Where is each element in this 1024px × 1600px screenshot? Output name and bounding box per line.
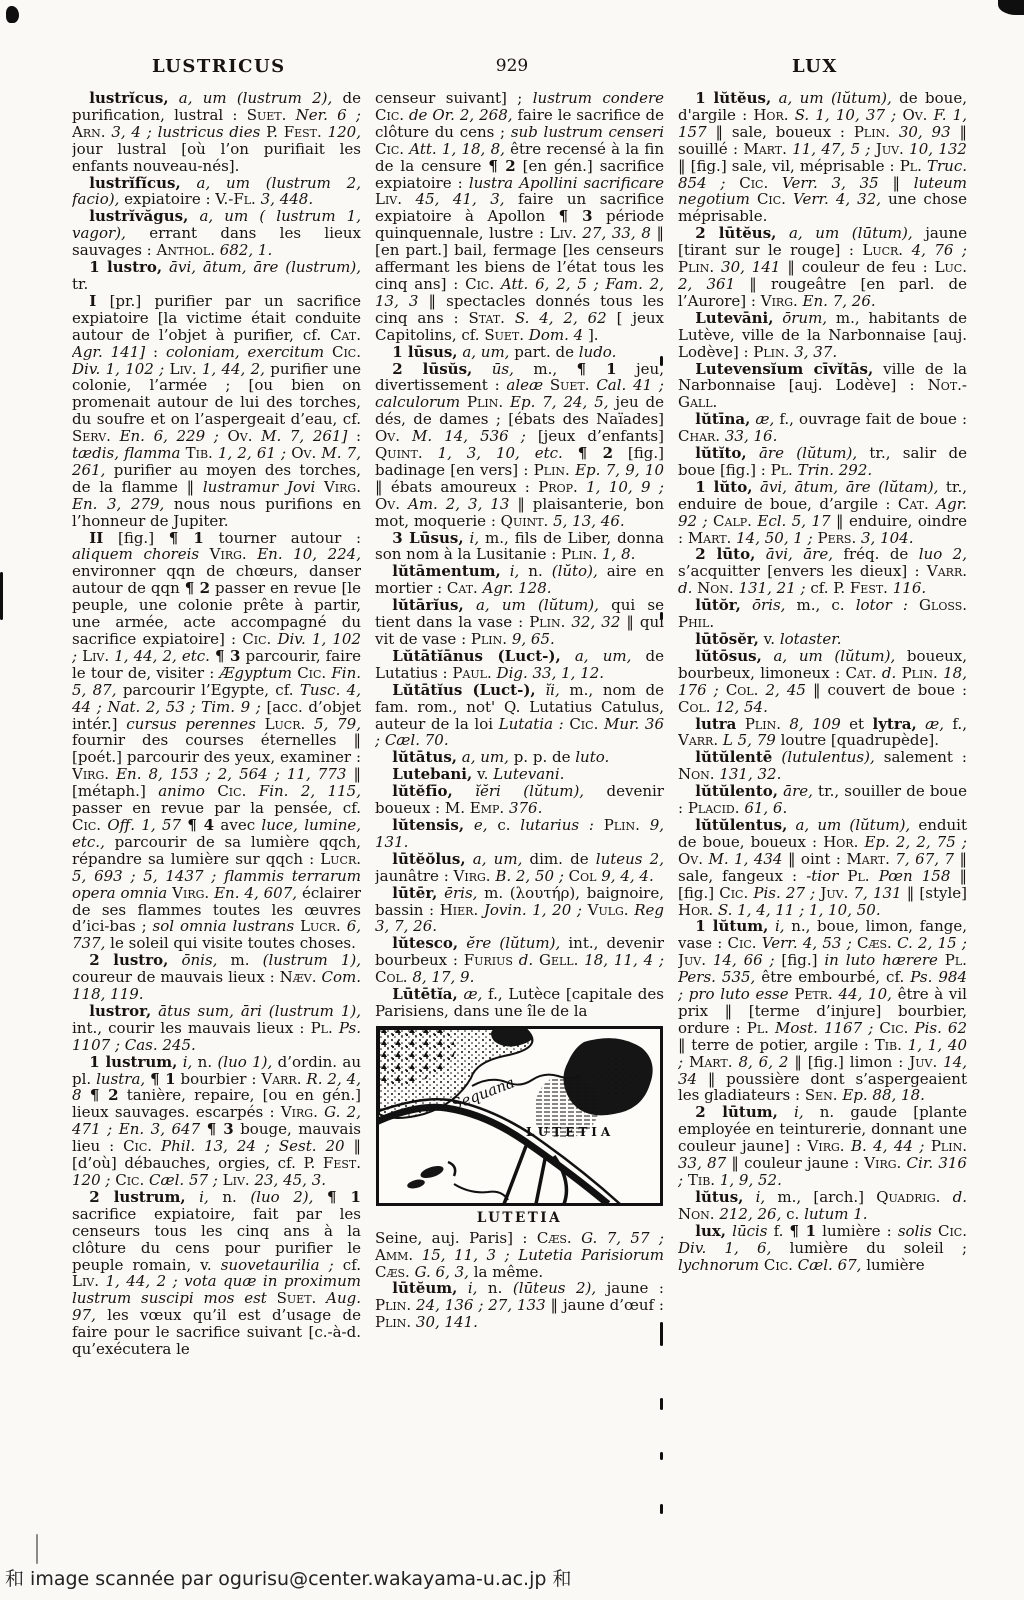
dictionary-entry: 2 lustro, ōnis, m. (lustrum 1), coureur … [72,952,361,1003]
dictionary-columns: lustrĭcus, a, um (lustrum 2), de purific… [72,90,967,1556]
lutetia-map-figure: Sequana LUTETIA LUTETIA [376,1026,663,1227]
column-2-bottom: Seine, auj. Paris] : Cæs. G. 7, 57 ; Amm… [375,1230,664,1331]
dictionary-entry: lustrĭfĭcus, a, um (lustrum 2, facio), e… [72,175,361,209]
dictionary-entry: I [pr.] purifier par un sacrifice expiat… [72,293,361,530]
dictionary-entry: Lutebani, v. Lutevani. [375,766,664,783]
dictionary-entry: lŭtensis, e, c. lutarius : Plin. 9, 131. [375,817,664,851]
scan-artifact [6,6,19,23]
dictionary-entry: 1 lŭtĕus, a, um (lŭtum), de boue, d'argi… [678,90,967,225]
dictionary-entry: lŭtōsus, a, um (lŭtum), boueux, bourbeux… [678,648,967,716]
dictionary-entry: 1 lustrum, i, n. (luo 1), d’ordin. au pl… [72,1054,361,1189]
dictionary-entry: 1 lūsus, a, um, part. de ludo. [375,344,664,361]
scan-artifact [998,0,1024,15]
column-1: lustrĭcus, a, um (lustrum 2), de purific… [72,90,361,1556]
dictionary-entry: lustrĭcus, a, um (lustrum 2), de purific… [72,90,361,175]
dictionary-entry: lūtēr, ēris, m. (λουτήρ), baignoire, bas… [375,885,664,936]
dictionary-entry: Lutevāni, ōrum, m., habitants de Lutève,… [678,310,967,361]
map-caption: LUTETIA [376,1210,663,1227]
dictionary-entry: lŭtŭlentus, a, um (lŭtum), enduit de bou… [678,817,967,918]
dictionary-entry: lŭtārĭus, a, um (lŭtum), qui se tient da… [375,597,664,648]
page-number: 929 [496,56,528,76]
guide-word-right: LUX [792,56,838,77]
scan-artifact [36,1534,38,1564]
dictionary-entry: lŭtŭlento, āre, tr., souiller de boue : … [678,783,967,817]
dictionary-entry: 3 Lūsus, i, m., fils de Liber, donna son… [375,530,664,564]
scanned-dictionary-page: LUSTRICUS 929 LUX lustrĭcus, a, um (lust… [0,0,1024,1600]
dictionary-entry: lŭtĕfīo, ĭĕri (lŭtum), devenir boueux : … [375,783,664,817]
dictionary-entry: 2 lūtĕus, a, um (lūtum), jaune [tirant s… [678,225,967,310]
dictionary-entry: lūtĕŏlus, a, um, dim. de luteus 2, jaunâ… [375,851,664,885]
dictionary-entry: lustrĭvăgus, a, um ( lustrum 1, vagor), … [72,208,361,259]
column-2-top: censeur suivant] ; lustrum condere Cic. … [375,90,664,1020]
column-3: 1 lŭtĕus, a, um (lŭtum), de boue, d'argi… [678,90,967,1556]
dictionary-entry: lŭtātus, a, um, p. p. de luto. [375,749,664,766]
dictionary-entry: Seine, auj. Paris] : Cæs. G. 7, 57 ; Amm… [375,1230,664,1281]
scan-credit: 和 image scannée par ogurisu@center.wakay… [5,1564,571,1591]
dictionary-entry: Lutevensĭum cīvĭtās, ville de la Narbonn… [678,361,967,412]
dictionary-entry: lŭtus, i, m., [arch.] Quadrig. d. Non. 2… [678,1189,967,1223]
dictionary-entry: II [fig.] ¶ 1 tourner autour : aliquem c… [72,530,361,953]
dictionary-entry: 2 lūtum, i, n. gaude [plante employée en… [678,1104,967,1189]
dictionary-entry: Lūtētĭa, æ, f., Lutèce [capitale des Par… [375,986,664,1020]
dictionary-entry: lŭtesco, ĕre (lŭtum), int., devenir bour… [375,935,664,986]
dictionary-entry: 2 lūsŭs, ūs, m., ¶ 1 jeu, divertissement… [375,361,664,530]
dictionary-entry: lutra Plin. 8, 109 et lytra, æ, f., Varr… [678,716,967,750]
dictionary-entry: lūtŏr, ōris, m., c. lotor : Gloss. Phil. [678,597,967,631]
dictionary-entry: 1 lŭto, āvi, ātum, āre (lŭtam), tr., end… [678,479,967,547]
guide-word-left: LUSTRICUS [152,56,286,77]
dictionary-entry: 1 lustro, āvi, ātum, āre (lustrum), tr. [72,259,361,293]
dictionary-entry: 2 lustrum, i, n. (luo 2), ¶ 1 sacrifice … [72,1189,361,1358]
dictionary-entry: lustror, ātus sum, āri (lustrum 1), int.… [72,1003,361,1054]
dictionary-entry: Lŭtātĭus (Luct-), ĭi, m., nom de fam. ro… [375,682,664,750]
city-label: LUTETIA [526,1125,614,1139]
dictionary-entry: lūtĕum, i, n. (lūteus 2), jaune : Plin. … [375,1280,664,1331]
dictionary-entry: 1 lŭtum, i, n., boue, limon, fange, vase… [678,918,967,1104]
dictionary-entry: lŭtīna, æ, f., ouvrage fait de boue : Ch… [678,411,967,445]
column-2: censeur suivant] ; lustrum condere Cic. … [375,90,664,1556]
dictionary-entry: lŭtŭlentē (lutulentus), salement : Non. … [678,749,967,783]
scan-artifact [0,572,3,620]
dictionary-entry: Lŭtātĭānus (Luct-), a, um, de Lutatius :… [375,648,664,682]
dictionary-entry: 2 lūto, āvi, āre, fréq. de luo 2, s’acqu… [678,546,967,597]
dictionary-entry: lŭtĭto, āre (lŭtum), tr., salir de boue … [678,445,967,479]
dictionary-entry: lŭtāmentum, i, n. (lŭto), aire en mortie… [375,563,664,597]
dictionary-entry: lux, lūcis f. ¶ 1 lumière : solis Cic. D… [678,1223,967,1274]
lutetia-map-illustration: Sequana LUTETIA [376,1026,663,1206]
dictionary-entry: censeur suivant] ; lustrum condere Cic. … [375,90,664,344]
dictionary-entry: lūtōsĕr, v. lotaster. [678,631,967,648]
